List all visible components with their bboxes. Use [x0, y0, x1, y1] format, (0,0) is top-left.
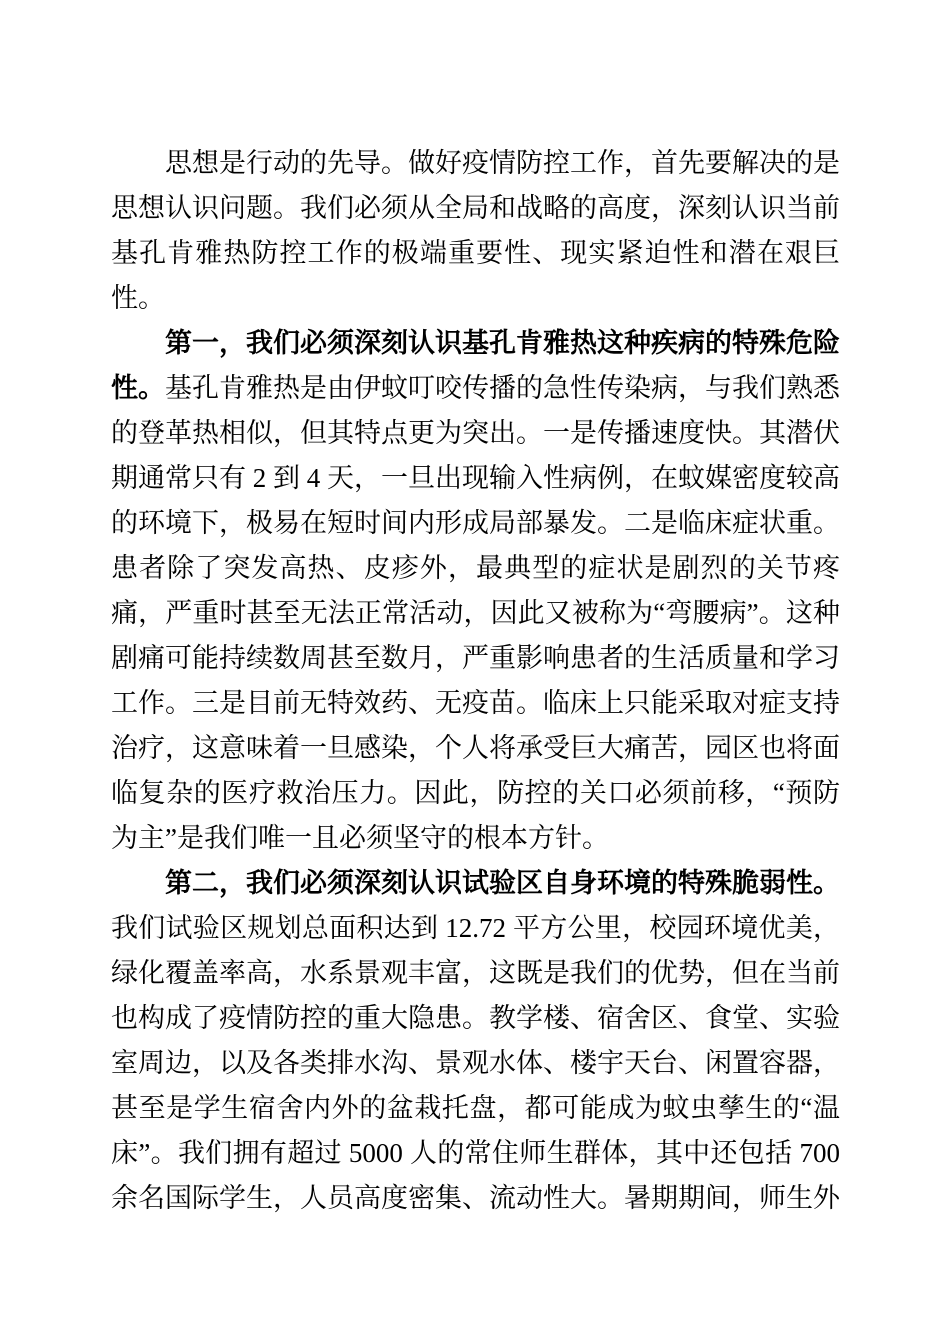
paragraph-second-point: 第二，我们必须深刻认识试验区自身环境的特殊脆弱性。我们试验区规划总面积达到 12… [111, 861, 840, 1221]
paragraph-intro: 思想是行动的先导。做好疫情防控工作，首先要解决的是思想认识问题。我们必须从全局和… [111, 141, 840, 321]
document-text-block: 思想是行动的先导。做好疫情防控工作，首先要解决的是思想认识问题。我们必须从全局和… [111, 141, 840, 1221]
paragraph-second-point-lead: 第二，我们必须深刻认识试验区自身环境的特殊脆弱性。 [165, 868, 840, 898]
paragraph-second-point-body: 我们试验区规划总面积达到 12.72 平方公里，校园环境优美，绿化覆盖率高，水系… [111, 913, 840, 1213]
paragraph-first-point-body: 基孔肯雅热是由伊蚊叮咬传播的急性传染病，与我们熟悉的登革热相似，但其特点更为突出… [111, 373, 840, 853]
document-page: 思想是行动的先导。做好疫情防控工作，首先要解决的是思想认识问题。我们必须从全局和… [0, 0, 950, 1344]
paragraph-first-point: 第一，我们必须深刻认识基孔肯雅热这种疾病的特殊危险性。基孔肯雅热是由伊蚊叮咬传播… [111, 321, 840, 861]
paragraph-intro-body: 思想是行动的先导。做好疫情防控工作，首先要解决的是思想认识问题。我们必须从全局和… [111, 148, 840, 313]
